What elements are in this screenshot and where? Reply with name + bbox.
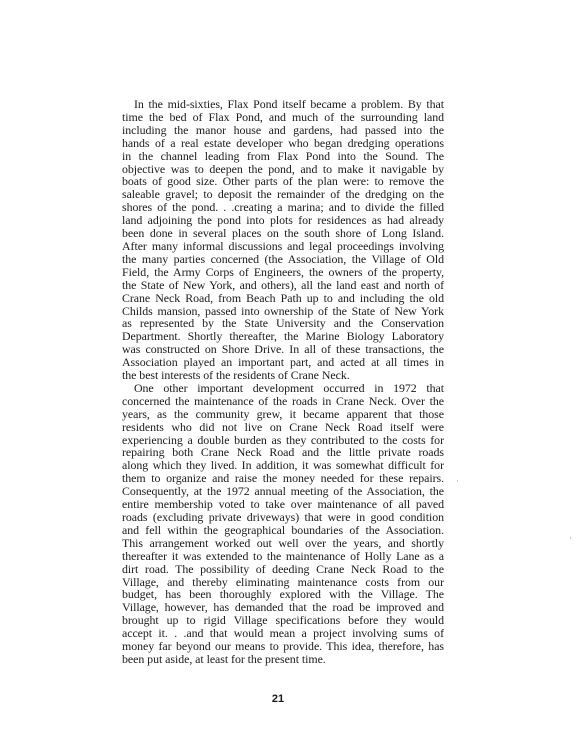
body-text: In the mid-sixties, Flax Pond itself bec… [122,98,444,666]
text-line: the State of New York, and others), all … [122,279,444,292]
scan-speck [457,480,458,482]
text-line: the best interests of the residents of C… [122,369,444,382]
text-line: in the channel leading from Flax Pond in… [122,150,444,163]
document-page: In the mid-sixties, Flax Pond itself bec… [0,0,584,756]
text-line: thereafter it was extended to the mainte… [122,550,444,563]
text-line: and fell within the geographical boundar… [122,524,444,537]
text-line: In the mid-sixties, Flax Pond itself bec… [122,98,444,111]
text-line: After many informal discussions and lega… [122,240,444,253]
text-line: including the manor house and gardens, h… [122,124,444,137]
text-line: One other important development occurred… [122,382,444,395]
text-line: years, as the community grew, it became … [122,408,444,421]
text-line: Crane Neck Road, from Beach Path up to a… [122,292,444,305]
text-line: the many parties concerned (the Associat… [122,253,444,266]
text-line: roads (excluding private driveways) that… [122,511,444,524]
text-line: time the bed of Flax Pond, and much of t… [122,111,444,124]
scan-speck [570,537,571,539]
text-line: hands of a real estate developer who beg… [122,137,444,150]
paragraph-1: In the mid-sixties, Flax Pond itself bec… [122,98,444,382]
text-line: Field, the Army Corps of Engineers, the … [122,266,444,279]
text-line: concerned the maintenance of the roads i… [122,395,444,408]
text-line: dirt road. The possibility of deeding Cr… [122,563,444,576]
page-number: 21 [0,693,556,705]
text-line: been put aside, at least for the present… [122,653,444,666]
text-line: residents who did not live on Crane Neck… [122,421,444,434]
paragraph-2: One other important development occurred… [122,382,444,666]
text-line: This arrangement worked out well over th… [122,537,444,550]
